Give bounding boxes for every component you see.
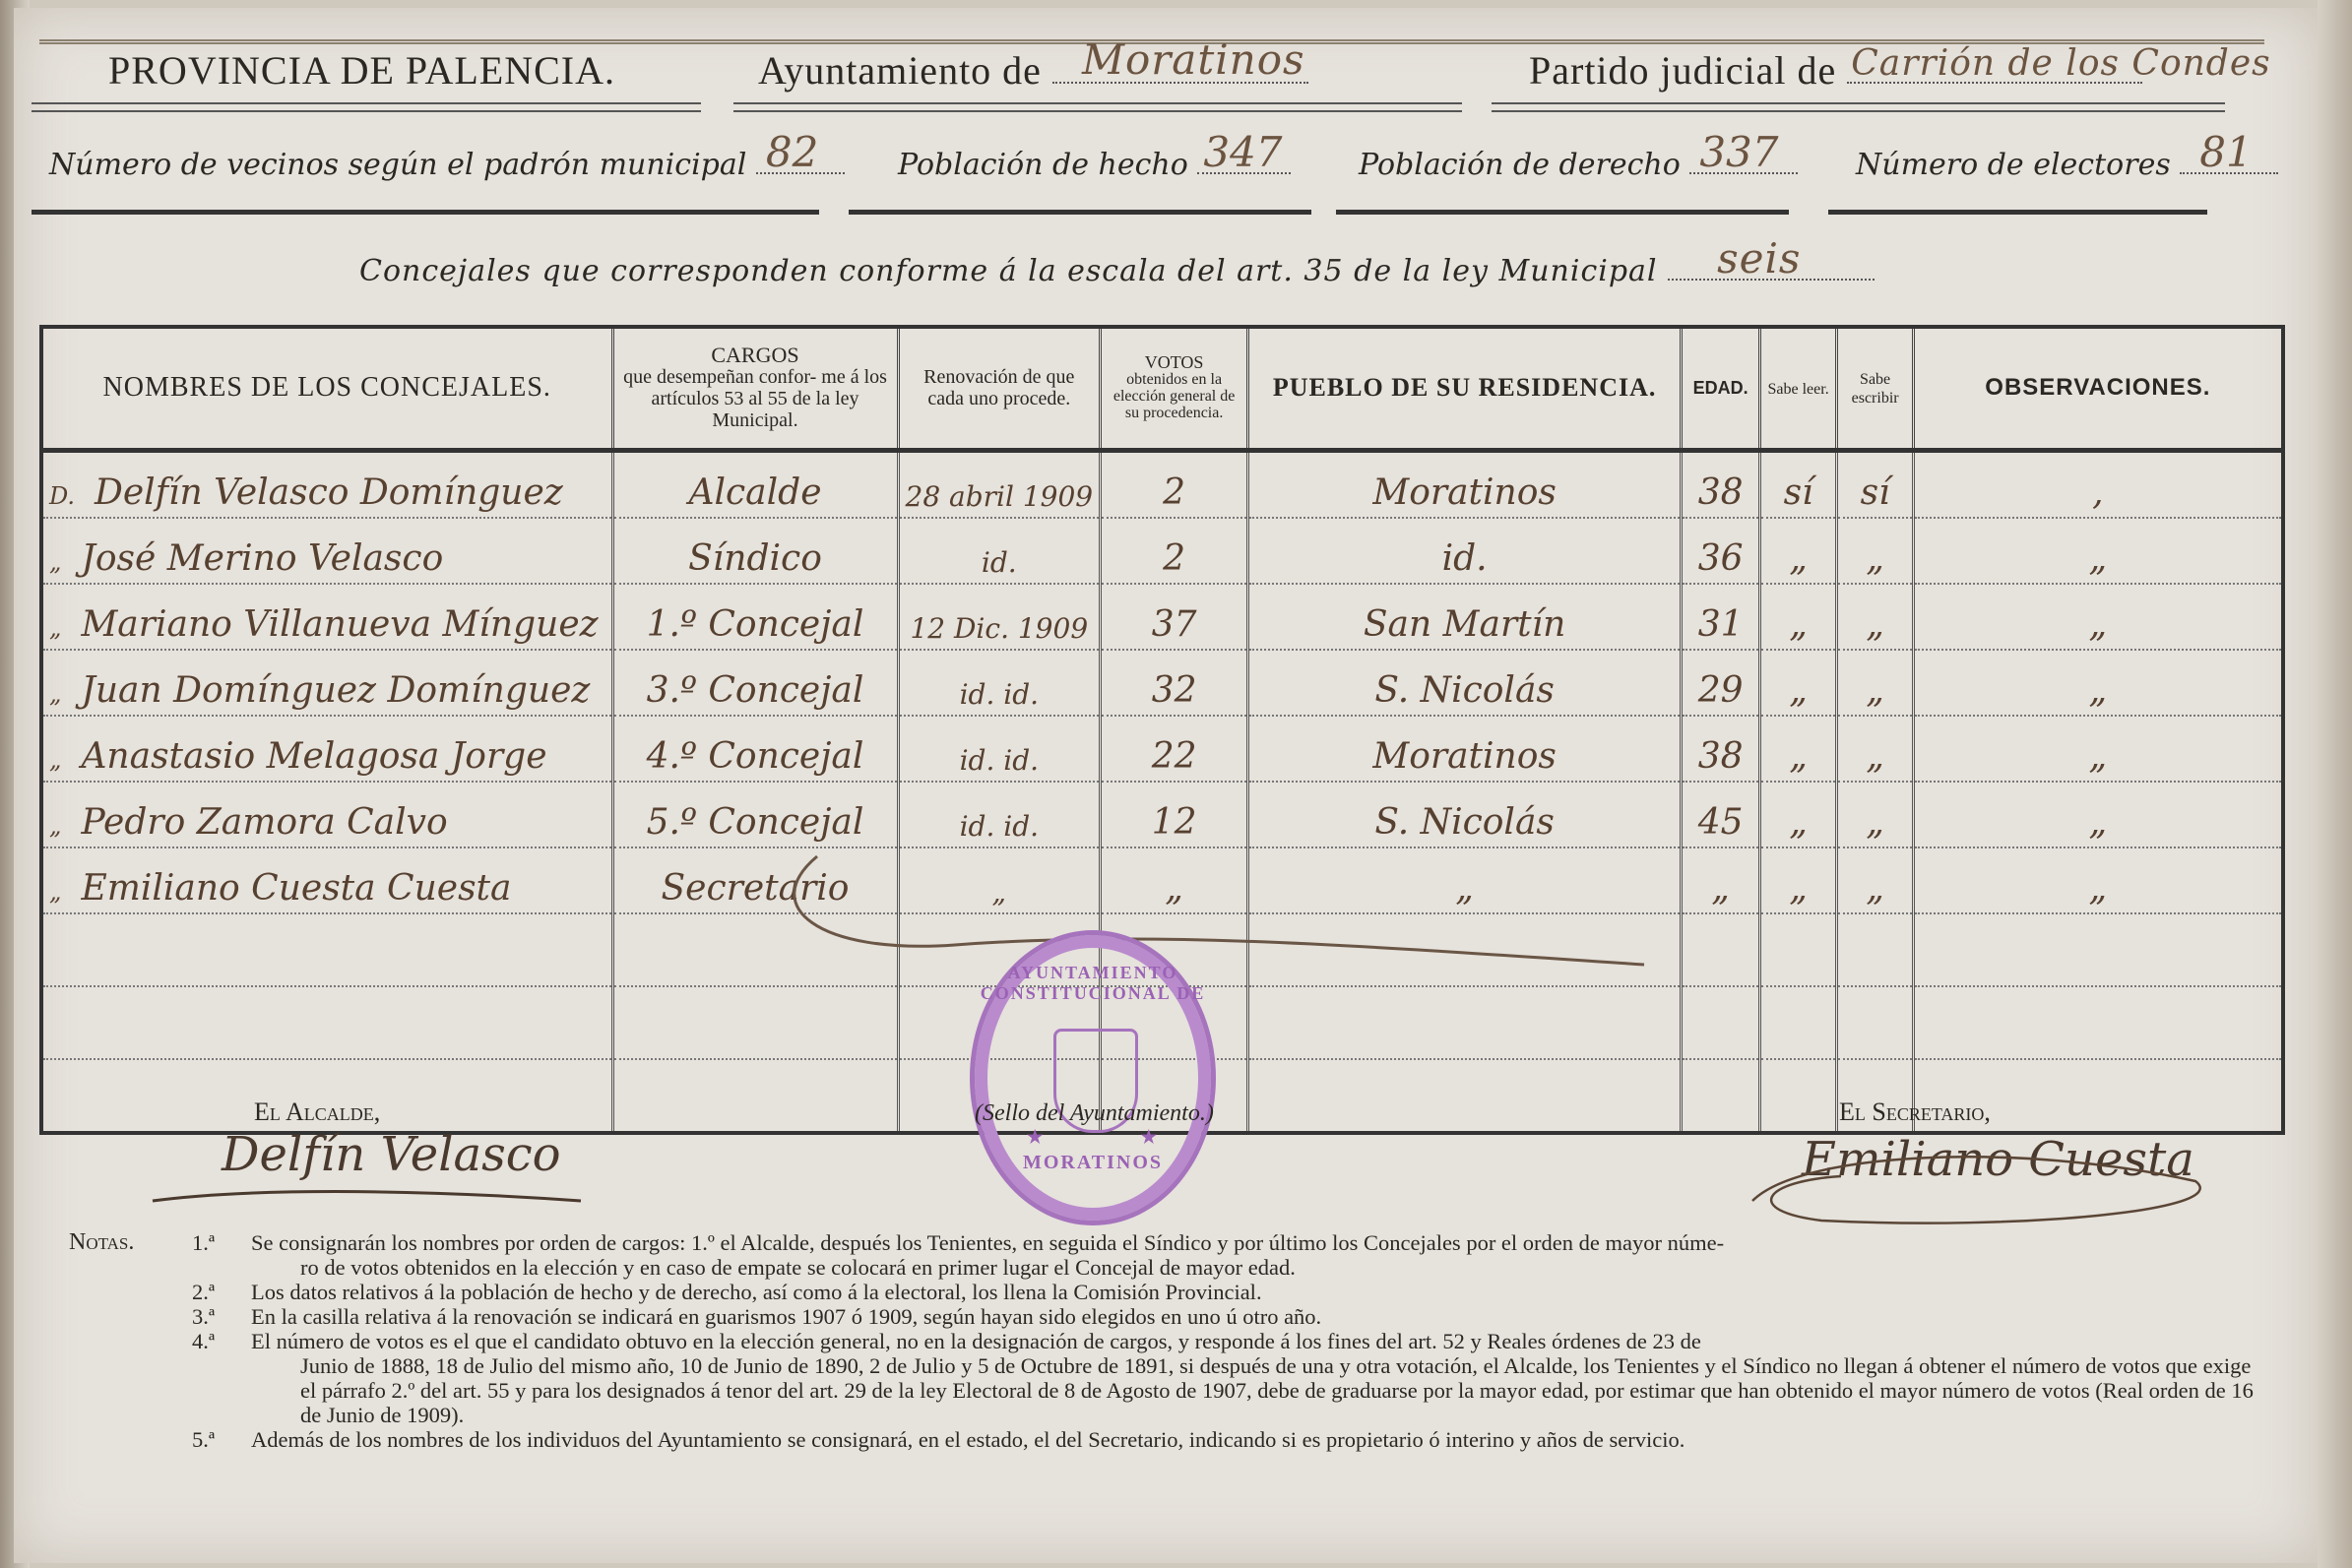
partido-label: Partido judicial de	[1529, 48, 1836, 93]
table-header-row: NOMBRES DE LOS CONCEJALES. CARGOS que de…	[41, 327, 2283, 450]
cell-leer: sí	[1760, 450, 1837, 518]
cell-leer: „	[1760, 716, 1837, 782]
cell-votos: 2	[1101, 450, 1248, 518]
alcalde-signature: Delfín Velasco	[222, 1127, 561, 1182]
cell-obs: „	[1914, 847, 2283, 913]
cell-edad: 38	[1682, 450, 1760, 518]
cell-renovacion: id. id.	[898, 716, 1101, 782]
cell-leer: „	[1760, 847, 1837, 913]
partido-value: Carrión de los Condes	[1851, 43, 2270, 84]
hecho-label: Población de hecho	[898, 148, 1188, 182]
cell-votos: 32	[1101, 650, 1248, 716]
cell-escribir: „	[1837, 584, 1914, 650]
seal-text-bottom: MORATINOS	[975, 1152, 1211, 1174]
header-votos: VOTOS obtenidos en la elección general d…	[1101, 327, 1248, 450]
electores-field: Número de electores 81	[1856, 148, 2278, 182]
cell-escribir: „	[1837, 782, 1914, 847]
rule	[32, 210, 819, 215]
note-item: 4.ª El número de votos es el que el cand…	[192, 1329, 2259, 1427]
electores-value: 81	[2199, 128, 2252, 176]
cell-escribir: „	[1837, 650, 1914, 716]
cancel-flourish-icon	[758, 847, 1743, 984]
cell-leer: „	[1760, 650, 1837, 716]
cell-escribir: „	[1837, 716, 1914, 782]
alcalde-label: El Alcalde,	[254, 1098, 380, 1127]
seal-text-top: AYUNTAMIENTO CONSTITUCIONAL DE	[975, 963, 1211, 1004]
cell-cargo: 5.º Concejal	[612, 782, 898, 847]
cell-cargo: Alcalde	[612, 450, 898, 518]
cell-nombre: „José Merino Velasco	[41, 518, 612, 584]
table-row: „Juan Domínguez Domínguez 3.º Concejal i…	[41, 650, 2283, 716]
partido-value-line: Carrión de los Condes	[1847, 82, 2142, 84]
cell-obs: „	[1914, 782, 2283, 847]
cell-pueblo: Moratinos	[1248, 716, 1682, 782]
secretario-label: El Secretario,	[1839, 1098, 1991, 1127]
cell-leer: „	[1760, 518, 1837, 584]
cell-escribir: „	[1837, 847, 1914, 913]
cell-nombre: „Pedro Zamora Calvo	[41, 782, 612, 847]
derecho-value: 337	[1699, 128, 1778, 176]
cell-votos: 12	[1101, 782, 1248, 847]
cell-nombre: „Juan Domínguez Domínguez	[41, 650, 612, 716]
cell-obs: ,	[1914, 450, 2283, 518]
partido-field: Partido judicial de Carrión de los Conde…	[1529, 47, 2142, 94]
cell-obs: „	[1914, 650, 2283, 716]
header-edad: EDAD.	[1682, 327, 1760, 450]
ayuntamiento-value-line: Moratinos	[1052, 82, 1308, 84]
rule	[1492, 102, 2225, 112]
header-nombres: NOMBRES DE LOS CONCEJALES.	[41, 327, 612, 450]
hecho-value: 347	[1203, 128, 1282, 176]
concejales-value: seis	[1717, 234, 1801, 282]
electores-label: Número de electores	[1856, 148, 2171, 182]
cell-edad: 36	[1682, 518, 1760, 584]
cell-escribir: sí	[1837, 450, 1914, 518]
vecinos-label: Número de vecinos según el padrón munici…	[49, 148, 746, 182]
ayuntamiento-label: Ayuntamiento de	[758, 48, 1042, 93]
cell-pueblo: S. Nicolás	[1248, 650, 1682, 716]
header-pueblo: PUEBLO DE SU RESIDENCIA.	[1248, 327, 1682, 450]
cell-leer: „	[1760, 584, 1837, 650]
note-item: 3.ª En la casilla relativa á la renovaci…	[192, 1304, 2259, 1329]
ayuntamiento-value: Moratinos	[1082, 35, 1305, 84]
rule	[1828, 210, 2207, 215]
note-item: 2.ª Los datos relativos á la población d…	[192, 1280, 2259, 1304]
note-item: 5.ª Además de los nombres de los individ…	[192, 1427, 2259, 1452]
table-row: „Pedro Zamora Calvo 5.º Concejal id. id.…	[41, 782, 2283, 847]
derecho-label: Población de derecho	[1359, 148, 1681, 182]
header-renovacion: Renovación de que cada uno procede.	[898, 327, 1101, 450]
rule	[849, 210, 1311, 215]
cell-renovacion: id.	[898, 518, 1101, 584]
ayuntamiento-field: Ayuntamiento de Moratinos	[758, 47, 1308, 94]
notes-title: Notas.	[69, 1230, 134, 1255]
cell-renovacion: 12 Dic. 1909	[898, 584, 1101, 650]
seal-stars-icon: ★ ★	[975, 1127, 1211, 1148]
cell-renovacion: id. id.	[898, 782, 1101, 847]
cell-obs: „	[1914, 584, 2283, 650]
header-observaciones: OBSERVACIONES.	[1914, 327, 2283, 450]
header-cargos: CARGOS que desempeñan confor- me á los a…	[612, 327, 898, 450]
cell-cargo: 1.º Concejal	[612, 584, 898, 650]
cell-leer: „	[1760, 782, 1837, 847]
ayuntamiento-seal: AYUNTAMIENTO CONSTITUCIONAL DE MORATINOS…	[970, 930, 1216, 1225]
cell-cargo: 3.º Concejal	[612, 650, 898, 716]
cell-nombre: „Emiliano Cuesta Cuesta	[41, 847, 612, 913]
concejales-label: Concejales que corresponden conforme á l…	[359, 254, 1658, 288]
vecinos-field: Número de vecinos según el padrón munici…	[49, 148, 845, 182]
cell-votos: 37	[1101, 584, 1248, 650]
cell-obs: „	[1914, 716, 2283, 782]
cell-pueblo: San Martín	[1248, 584, 1682, 650]
concejales-field: Concejales que corresponden conforme á l…	[359, 254, 1875, 288]
cell-nombre: D.Delfín Velasco Domínguez	[41, 450, 612, 518]
cell-edad: 45	[1682, 782, 1760, 847]
signature-flourish-icon	[148, 1176, 591, 1225]
header-sabe-leer: Sabe leer.	[1760, 327, 1837, 450]
cell-edad: 38	[1682, 716, 1760, 782]
note-item: 1.ª Se consignarán los nombres por orden…	[192, 1230, 2259, 1280]
table-row: „Mariano Villanueva Mínguez 1.º Concejal…	[41, 584, 2283, 650]
derecho-field: Población de derecho 337	[1359, 148, 1798, 182]
table-row: „Anastasio Melagosa Jorge 4.º Concejal i…	[41, 716, 2283, 782]
cell-nombre: „Anastasio Melagosa Jorge	[41, 716, 612, 782]
sello-label: (Sello del Ayuntamiento.)	[975, 1100, 1214, 1127]
signature-flourish-icon	[1723, 1142, 2235, 1240]
cell-cargo: Síndico	[612, 518, 898, 584]
provincia-title: PROVINCIA DE PALENCIA.	[108, 47, 615, 94]
cell-renovacion: id. id.	[898, 650, 1101, 716]
cell-cargo: 4.º Concejal	[612, 716, 898, 782]
cell-renovacion: 28 abril 1909	[898, 450, 1101, 518]
rule	[1336, 210, 1789, 215]
cell-pueblo: id.	[1248, 518, 1682, 584]
cell-pueblo: S. Nicolás	[1248, 782, 1682, 847]
table-row: D.Delfín Velasco Domínguez Alcalde 28 ab…	[41, 450, 2283, 518]
rule	[733, 102, 1462, 112]
cell-obs: „	[1914, 518, 2283, 584]
cell-edad: 31	[1682, 584, 1760, 650]
vecinos-value: 82	[766, 128, 818, 176]
cell-edad: 29	[1682, 650, 1760, 716]
cell-votos: 22	[1101, 716, 1248, 782]
table-row: „José Merino Velasco Síndico id. 2 id. 3…	[41, 518, 2283, 584]
cell-pueblo: Moratinos	[1248, 450, 1682, 518]
hecho-field: Población de hecho 347	[898, 148, 1291, 182]
cell-nombre: „Mariano Villanueva Mínguez	[41, 584, 612, 650]
cell-escribir: „	[1837, 518, 1914, 584]
rule	[32, 102, 701, 112]
header-sabe-escribir: Sabe escribir	[1837, 327, 1914, 450]
page-edge	[2318, 0, 2352, 1568]
cell-votos: 2	[1101, 518, 1248, 584]
